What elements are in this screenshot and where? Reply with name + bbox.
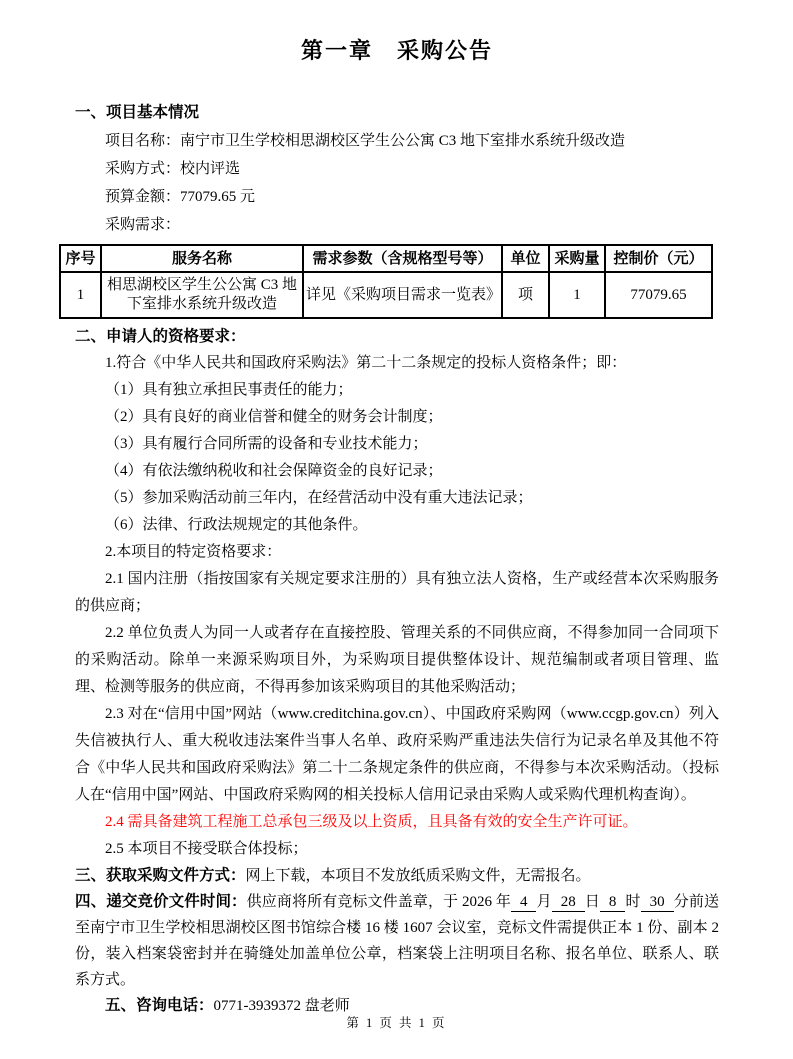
page-number-footer: 第 1 页 共 1 页 [0, 1013, 793, 1031]
col-header-quantity: 采购量 [549, 245, 605, 272]
qualification-item: 2.3 对在“信用中国”网站（www.creditchina.gov.cn）、中… [75, 701, 719, 809]
page-title: 第一章 采购公告 [75, 34, 719, 65]
cell-quantity: 1 [549, 272, 605, 318]
qualification-item: 1.符合《中华人民共和国政府采购法》第二十二条规定的投标人资格条件；即： [75, 350, 719, 377]
blank-month-value: 4 [511, 893, 537, 912]
unit-hour: 时 [625, 894, 640, 910]
col-header-unit: 单位 [502, 245, 549, 272]
qualification-item: 2.2 单位负责人为同一人或者存在直接控股、管理关系的不同供应商，不得参加同一合… [75, 620, 719, 701]
budget-line: 预算金额：77079.65 元 [75, 183, 719, 211]
qualification-item: 2.5 本项目不接受联合体投标； [75, 836, 719, 863]
qualification-item: 2.1 国内注册（指按国家有关规定要求注册的）具有独立法人资格，生产或经营本次采… [75, 566, 719, 620]
unit-month: 月 [536, 894, 551, 910]
cell-control-price: 77079.65 [605, 272, 712, 318]
col-header-service-name: 服务名称 [101, 245, 303, 272]
qualification-item: （3）具有履行合同所需的设备和专业技术能力； [75, 431, 719, 458]
qualification-item: （4）有依法缴纳税收和社会保障资金的良好记录； [75, 458, 719, 485]
qualification-item: （1）具有独立承担民事责任的能力； [75, 377, 719, 404]
qualification-item: 2.本项目的特定资格要求： [75, 539, 719, 566]
cell-requirements: 详见《采购项目需求一览表》 [303, 272, 502, 318]
cell-unit: 项 [502, 272, 549, 318]
section3-heading: 三、获取采购文件方式： [75, 867, 246, 884]
cell-index: 1 [60, 272, 101, 318]
section4-heading: 四、递交竞价文件时间： [75, 893, 247, 910]
demand-label-line: 采购需求： [75, 211, 719, 239]
table-header-row: 序号 服务名称 需求参数（含规格型号等） 单位 采购量 控制价（元） [60, 245, 712, 272]
section-lower: 三、获取采购文件方式：网上下载，本项目不发放纸质采购文件，无需报名。 四、递交竞… [75, 863, 719, 1019]
blank-hour-value: 8 [600, 893, 626, 912]
procurement-items-table: 序号 服务名称 需求参数（含规格型号等） 单位 采购量 控制价（元） 1 相思湖… [59, 244, 713, 319]
col-header-index: 序号 [60, 245, 101, 272]
col-header-control-price: 控制价（元） [605, 245, 712, 272]
section2-heading: 二、申请人的资格要求： [75, 323, 719, 350]
section3-text: 网上下载，本项目不发放纸质采购文件，无需报名。 [246, 868, 591, 884]
unit-day: 日 [585, 894, 600, 910]
col-header-requirements: 需求参数（含规格型号等） [303, 245, 502, 272]
section-basic-info: 一、项目基本情况 项目名称：南宁市卫生学校相思湖校区学生公公寓 C3 地下室排水… [75, 99, 719, 239]
section5-phone-text: 0771-3939372 盘老师 [214, 998, 350, 1014]
qualification-item: （2）具有良好的商业信誉和健全的财务会计制度； [75, 404, 719, 431]
section5-heading: 五、咨询电话： [105, 997, 214, 1014]
blank-minute-value: 30 [641, 893, 674, 912]
qualification-item-red-highlight: 2.4 需具备建筑工程施工总承包三级及以上资质，且具备有效的安全生产许可证。 [75, 809, 719, 836]
section3-line: 三、获取采购文件方式：网上下载，本项目不发放纸质采购文件，无需报名。 [75, 863, 719, 889]
qualification-item: （6）法律、行政法规规定的其他条件。 [75, 512, 719, 539]
blank-day-value: 28 [552, 893, 585, 912]
table-row: 1 相思湖校区学生公公寓 C3 地下室排水系统升级改造 详见《采购项目需求一览表… [60, 272, 712, 318]
qualification-item: （5）参加采购活动前三年内，在经营活动中没有重大违法记录； [75, 485, 719, 512]
document-page: 第一章 采购公告 一、项目基本情况 项目名称：南宁市卫生学校相思湖校区学生公公寓… [0, 0, 793, 1059]
procurement-method-line: 采购方式：校内评选 [75, 155, 719, 183]
section4-text-before: 供应商将所有竞标文件盖章，于 2026 年 [247, 894, 511, 910]
project-name-line: 项目名称：南宁市卫生学校相思湖校区学生公公寓 C3 地下室排水系统升级改造 [75, 127, 719, 155]
section1-heading: 一、项目基本情况 [75, 99, 719, 127]
cell-service-name: 相思湖校区学生公公寓 C3 地下室排水系统升级改造 [101, 272, 303, 318]
section-qualification-requirements: 二、申请人的资格要求： 1.符合《中华人民共和国政府采购法》第二十二条规定的投标… [75, 323, 719, 863]
section4-paragraph: 四、递交竞价文件时间：供应商将所有竞标文件盖章，于 2026 年4月28日8时3… [75, 889, 719, 993]
